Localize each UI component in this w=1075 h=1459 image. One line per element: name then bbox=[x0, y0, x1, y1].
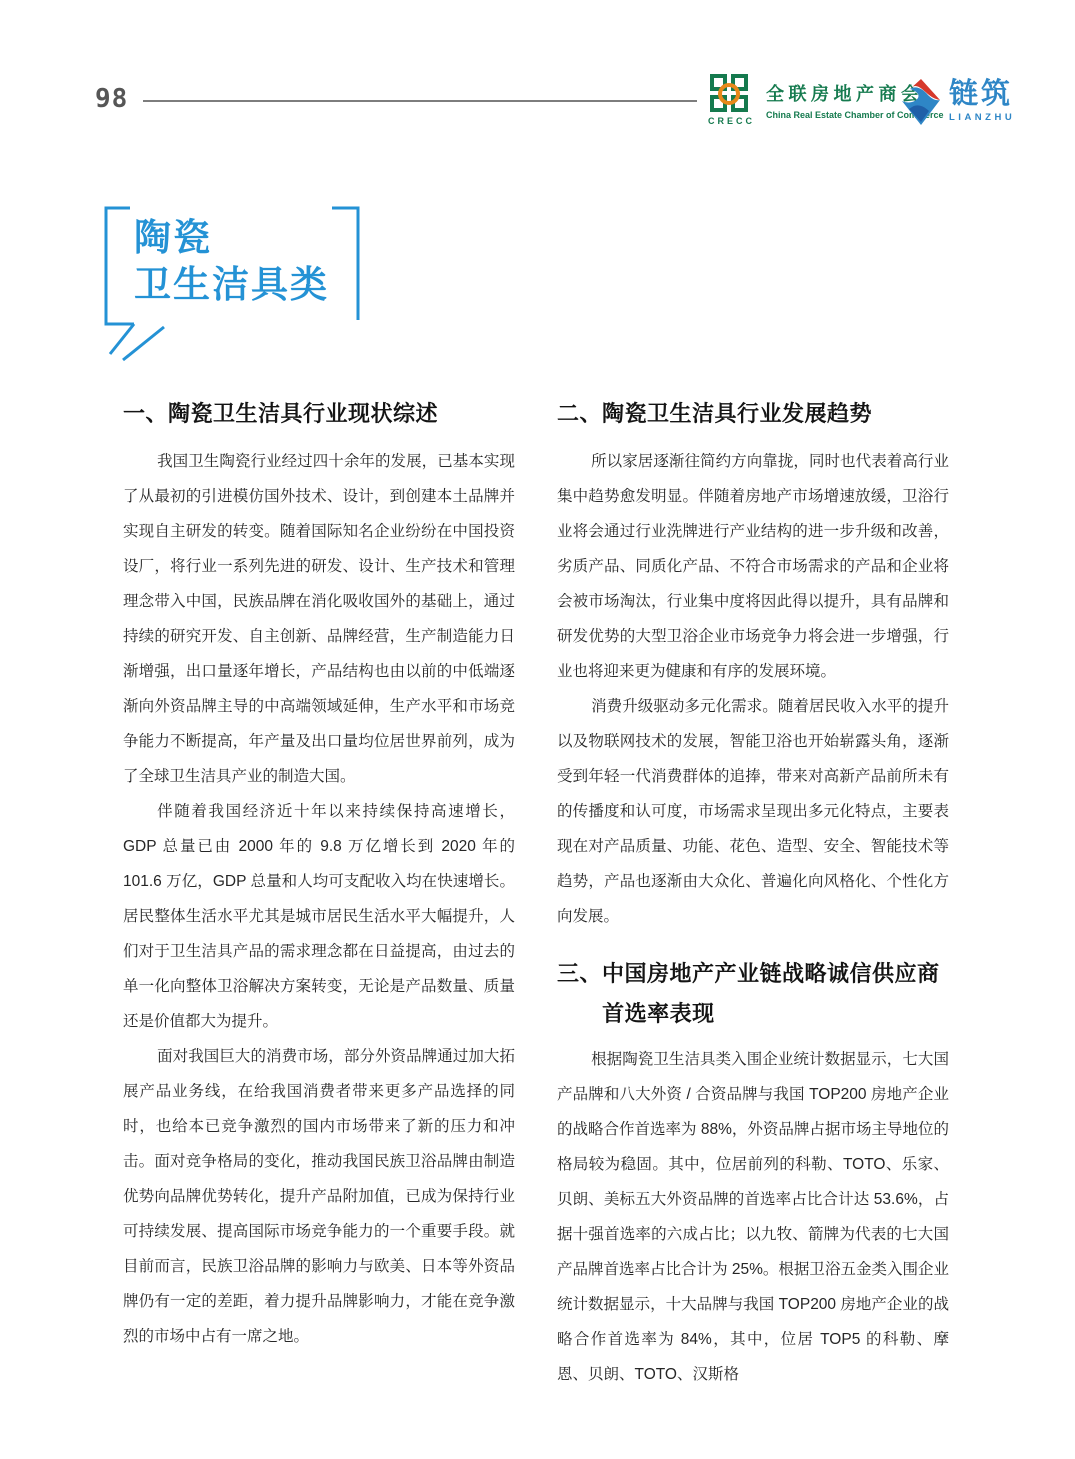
section3-paragraph-1: 根据陶瓷卫生洁具类入围企业统计数据显示，七大国产品牌和八大外资 / 合资品牌与我… bbox=[557, 1042, 949, 1392]
lianzhu-name-en: LIANZHU bbox=[949, 112, 1015, 123]
crecc-abbr: CRECC bbox=[708, 116, 752, 126]
section3-heading-line2: 首选率表现 bbox=[557, 994, 949, 1034]
section3-heading: 三、中国房地产产业链战略诚信供应商 首选率表现 bbox=[557, 954, 949, 1034]
chapter-title-line1: 陶瓷 bbox=[134, 214, 329, 261]
section2-paragraph-1: 所以家居逐渐往简约方向靠拢，同时也代表着高行业集中趋势愈发明显。伴随着房地产市场… bbox=[557, 444, 949, 689]
section1-paragraph-3: 面对我国巨大的消费市场，部分外资品牌通过加大拓展产品业务线，在给我国消费者带来更… bbox=[123, 1039, 515, 1354]
chapter-title-block: 陶瓷 卫生洁具类 bbox=[100, 198, 366, 363]
page-number: 98 bbox=[95, 84, 128, 114]
right-column: 二、陶瓷卫生洁具行业发展趋势 所以家居逐渐往简约方向靠拢，同时也代表着高行业集中… bbox=[557, 398, 949, 1392]
left-column: 一、陶瓷卫生洁具行业现状综述 我国卫生陶瓷行业经过四十余年的发展，已基本实现了从… bbox=[123, 398, 515, 1354]
lianzhu-logo: 链筑 LIANZHU bbox=[901, 78, 1015, 126]
section2-paragraph-2: 消费升级驱动多元化需求。随着居民收入水平的提升以及物联网技术的发展，智能卫浴也开… bbox=[557, 689, 949, 934]
section1-paragraph-1: 我国卫生陶瓷行业经过四十余年的发展，已基本实现了从最初的引进模仿国外技术、设计，… bbox=[123, 444, 515, 794]
crecc-ring-icon bbox=[718, 83, 740, 105]
section1-paragraph-2: 伴随着我国经济近十年以来持续保持高速增长，GDP 总量已由 2000 年的 9.… bbox=[123, 794, 515, 1039]
chapter-title-line2: 卫生洁具类 bbox=[134, 261, 329, 308]
section2-heading: 二、陶瓷卫生洁具行业发展趋势 bbox=[557, 398, 949, 430]
section1-heading: 一、陶瓷卫生洁具行业现状综述 bbox=[123, 398, 515, 430]
lianzhu-diamond-icon bbox=[901, 78, 941, 126]
crecc-logo-icon: CRECC bbox=[708, 74, 752, 132]
lianzhu-name-cn: 链筑 bbox=[949, 78, 1015, 110]
header-divider bbox=[143, 100, 697, 102]
section3-heading-line1: 三、中国房地产产业链战略诚信供应商 bbox=[557, 961, 940, 986]
